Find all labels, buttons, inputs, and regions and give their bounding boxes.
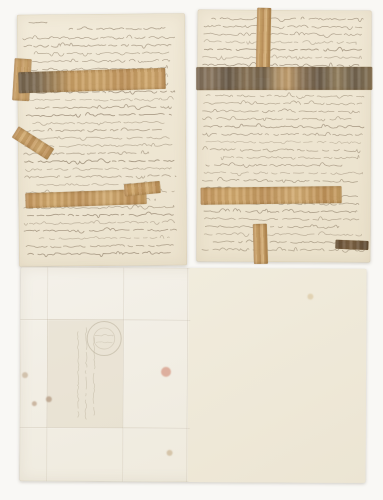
- wax-stain-spot: [46, 396, 52, 402]
- tape-repair: [18, 68, 166, 93]
- handwriting-layer-page-2: [196, 10, 371, 263]
- tape-repair: [196, 67, 372, 90]
- wax-stain-spot: [31, 401, 36, 406]
- letter-page-1: [17, 13, 187, 266]
- tape-repair: [335, 240, 368, 250]
- address-panel: [47, 319, 124, 427]
- handwriting-layer-page-1: [17, 13, 187, 266]
- wax-stain-spot: [307, 294, 313, 300]
- tape-repair: [253, 224, 268, 264]
- folded-letter: [19, 267, 366, 483]
- wax-stain-spot: [167, 450, 173, 456]
- letter-text-leaf: [187, 268, 366, 483]
- manuscript-lot-photo: [0, 0, 383, 500]
- letter-page-2: [196, 10, 371, 263]
- wax-stain-spot: [22, 372, 28, 378]
- wax-stain-spot: [161, 367, 171, 377]
- tape-repair: [201, 186, 342, 205]
